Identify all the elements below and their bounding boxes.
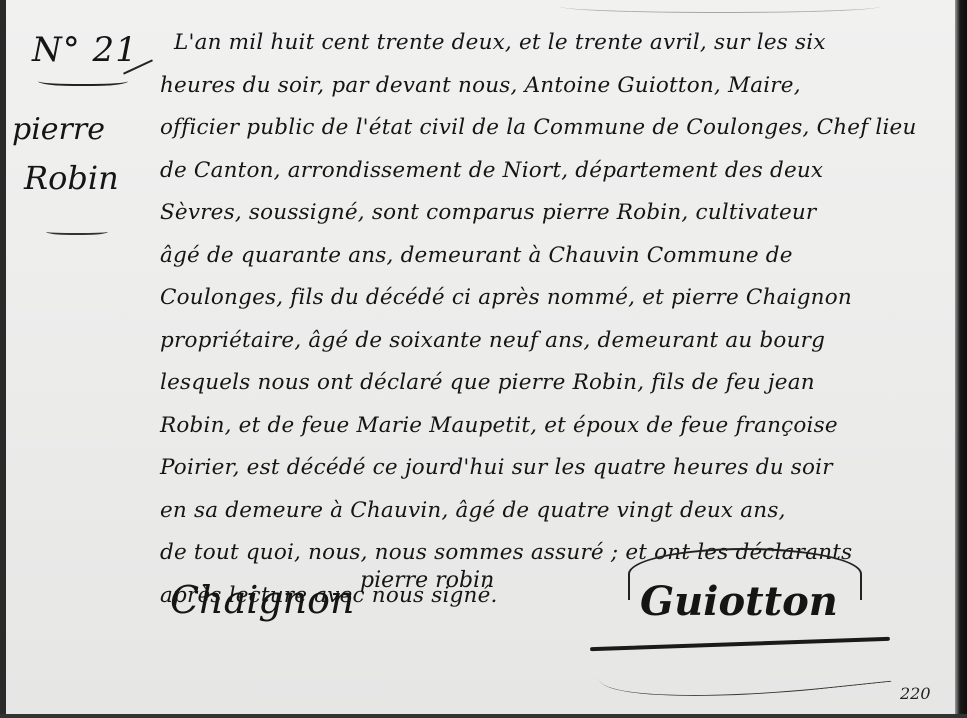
page-edge-left (0, 0, 6, 718)
folio-number: 220 (900, 684, 931, 703)
paraphe-tail-icon (599, 641, 892, 712)
page-edge-bottom (0, 714, 967, 718)
binding-edge-right (955, 0, 967, 718)
signature-mayor-guiotton: Guiotton (640, 578, 838, 625)
text-line: Robin, et de feue Marie Maupetit, et épo… (160, 405, 950, 448)
margin-last-name: Robin (24, 159, 150, 197)
text-line: L'an mil huit cent trente deux, et le tr… (160, 22, 950, 65)
margin-annotation: N° 21 pierre Robin (10, 30, 150, 235)
signature-pierre-robin: pierre robin (360, 568, 494, 593)
decorative-arc (560, 0, 880, 13)
text-line: Sèvres, soussigné, sont comparus pierre … (160, 192, 950, 235)
signature-chaignon: Chaignon (170, 578, 355, 622)
flourish-icon (46, 227, 108, 235)
text-line: officier public de l'état civil de la Co… (160, 107, 950, 150)
text-line: propriétaire, âgé de soixante neuf ans, … (160, 320, 950, 363)
text-line: lesquels nous ont déclaré que pierre Rob… (160, 362, 950, 405)
text-line: heures du soir, par devant nous, Antoine… (160, 65, 950, 108)
document-page: N° 21 pierre Robin L'an mil huit cent tr… (0, 0, 967, 718)
record-body: L'an mil huit cent trente deux, et le tr… (160, 22, 950, 617)
record-number: N° 21 (32, 30, 150, 70)
text-line: Poirier, est décédé ce jourd'hui sur les… (160, 447, 950, 490)
text-line: Coulonges, fils du décédé ci après nommé… (160, 277, 950, 320)
text-line: âgé de quarante ans, demeurant à Chauvin… (160, 235, 950, 278)
margin-first-name: pierre (12, 112, 150, 147)
text-line: en sa demeure à Chauvin, âgé de quatre v… (160, 490, 950, 533)
text-line: de Canton, arrondissement de Niort, dépa… (160, 150, 950, 193)
flourish-icon (38, 74, 128, 86)
